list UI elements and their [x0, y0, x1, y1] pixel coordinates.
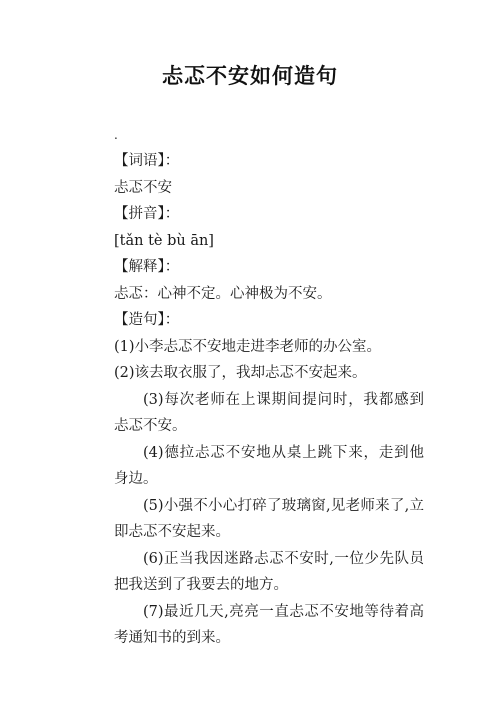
sentence-item: (4)德拉忐忑不安地从桌上跳下来，走到他身边。 — [114, 440, 424, 493]
sentences-label: 【造句】： — [114, 307, 424, 334]
sentence-item: (7)最近几天,亮亮一直忐忑不安地等待着高考通知书的到来。 — [114, 599, 424, 652]
sentence-item: (5)小强不小心打碎了玻璃窗,见老师来了,立即忐忑不安起来。 — [114, 493, 424, 546]
bullet-dot: . — [114, 128, 424, 148]
pinyin-label: 【拼音】： — [114, 201, 424, 228]
word-value: 忐忑不安 — [114, 175, 424, 202]
word-label: 【词语】： — [114, 148, 424, 175]
meaning-label: 【解释】： — [114, 254, 424, 281]
sentence-item: (2)该去取衣服了，我却忐忑不安起来。 — [114, 360, 424, 387]
meaning-value: 忐忑：心神不定。心神极为不安。 — [114, 281, 424, 308]
sentence-item: (1)小李忐忑不安地走进李老师的办公室。 — [114, 334, 424, 361]
document-page: 忐忑不安如何造句 . 【词语】： 忐忑不安 【拼音】： [tǎn tè bù ā… — [0, 0, 500, 708]
page-title: 忐忑不安如何造句 — [0, 60, 500, 90]
sentence-item: (6)正当我因迷路忐忑不安时,一位少先队员把我送到了我要去的地方。 — [114, 546, 424, 599]
pinyin-value: [tǎn tè bù ān] — [114, 228, 424, 255]
sentence-item: (3)每次老师在上课期间提问时，我都感到忐忑不安。 — [114, 387, 424, 440]
document-body: . 【词语】： 忐忑不安 【拼音】： [tǎn tè bù ān] 【解释】： … — [114, 128, 424, 652]
